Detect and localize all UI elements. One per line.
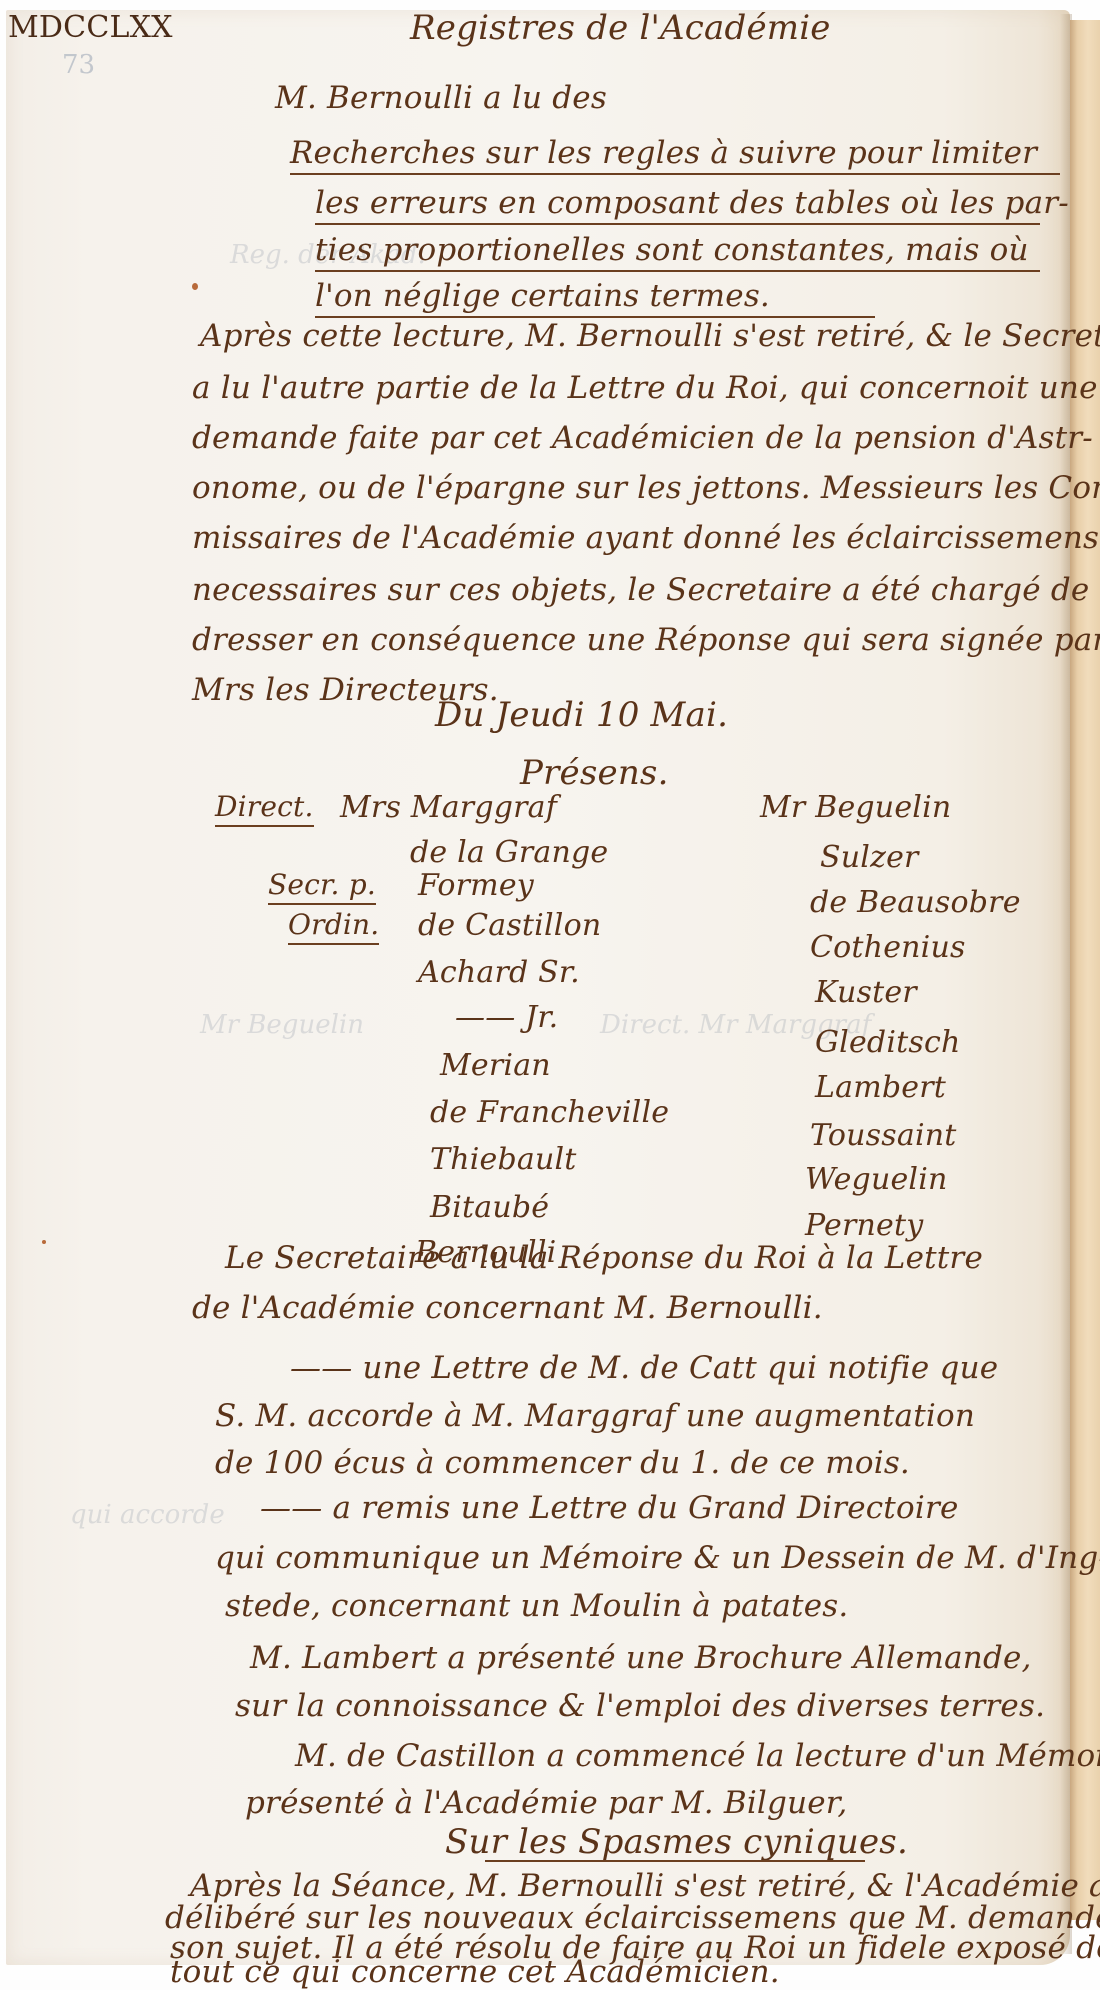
reading-title-line: les erreurs en composant des tables où l…	[315, 185, 1040, 225]
proceedings-line: S. M. accorde à M. Marggraf une augmenta…	[215, 1398, 975, 1434]
header-title: Registres de l'Académie	[410, 8, 831, 48]
role-label-direct: Direct.	[215, 790, 314, 827]
proceedings-line: Le Secretaire a lu la Réponse du Roi à l…	[225, 1240, 983, 1276]
reading-intro: M. Bernoulli a lu des	[275, 80, 607, 116]
ink-speck	[192, 283, 198, 290]
proceedings-line: de 100 écus à commencer du 1. de ce mois…	[215, 1445, 910, 1481]
member-name: de Castillon	[418, 908, 601, 943]
reading-title-line: Recherches sur les regles à suivre pour …	[290, 135, 1060, 175]
reading-title-line: ties proportionelles sont constantes, ma…	[315, 232, 1040, 272]
proceedings-line: —— une Lettre de M. de Catt qui notifie …	[290, 1350, 998, 1386]
member-name: Cothenius	[810, 930, 966, 965]
member-name: de la Grange	[410, 835, 608, 870]
member-name: Sulzer	[820, 840, 919, 875]
member-name: —— Jr.	[455, 1000, 558, 1035]
member-name: Toussaint	[810, 1118, 957, 1153]
reading-title-line: l'on néglige certains termes.	[315, 278, 875, 318]
proceedings-line: stede, concernant un Moulin à patates.	[225, 1588, 848, 1624]
member-name: Achard Sr.	[418, 955, 580, 990]
memoir-title: Sur les Spasmes cyniques.	[445, 1822, 908, 1862]
proceedings-line: qui communique un Mémoire & un Dessein d…	[215, 1540, 1100, 1576]
member-name: Thiebault	[430, 1142, 577, 1177]
session-date: Du Jeudi 10 Mai.	[435, 695, 728, 735]
closing-line: Après la Séance, M. Bernoulli s'est reti…	[190, 1868, 1100, 1904]
header-year: MDCCLXX	[8, 10, 173, 45]
proceedings-line: présenté à l'Académie par M. Bilguer,	[245, 1785, 847, 1821]
proceedings-line: —— a remis une Lettre du Grand Directoir…	[260, 1490, 959, 1526]
paragraph-line: missaires de l'Académie ayant donné les …	[192, 520, 1099, 556]
memoir-title-underline	[485, 1860, 865, 1862]
ink-speck	[42, 1240, 46, 1244]
member-name: Formey	[418, 868, 534, 903]
binding-gutter	[1070, 20, 1100, 1920]
paragraph-line: demande faite par cet Académicien de la …	[192, 420, 1093, 456]
bleedthrough-text: Mr Beguelin	[200, 1010, 364, 1040]
member-name: Bitaubé	[430, 1190, 549, 1225]
present-heading: Présens.	[520, 753, 669, 793]
member-name: Gleditsch	[815, 1025, 961, 1060]
proceedings-line: M. Lambert a présenté une Brochure Allem…	[250, 1640, 1032, 1676]
role-label-secretary: Secr. p.	[268, 868, 376, 905]
member-name: Lambert	[815, 1070, 946, 1105]
folio-number: 73	[62, 50, 95, 80]
paragraph-line: necessaires sur ces objets, le Secretair…	[192, 572, 1089, 608]
paragraph-line: a lu l'autre partie de la Lettre du Roi,…	[192, 370, 1098, 406]
member-name: Mrs Marggraf	[340, 790, 557, 825]
proceedings-line: M. de Castillon a commencé la lecture d'…	[295, 1738, 1100, 1774]
member-name: de Beausobre	[810, 885, 1021, 920]
proceedings-line: sur la connoissance & l'emploi des diver…	[235, 1688, 1045, 1724]
paragraph-line: Après cette lecture, M. Bernoulli s'est …	[200, 318, 1100, 354]
member-name: Merian	[440, 1048, 551, 1083]
member-name: Kuster	[815, 975, 917, 1010]
proceedings-line: de l'Académie concernant M. Bernoulli.	[192, 1290, 823, 1326]
role-label-ordinary: Ordin.	[288, 908, 379, 945]
closing-line: tout ce qui concerne cet Académicien.	[170, 1954, 780, 1980]
member-name: Mr Beguelin	[760, 790, 951, 825]
bleedthrough-text: qui accorde	[70, 1500, 225, 1530]
member-name: Pernety	[805, 1208, 923, 1243]
member-name: de Francheville	[430, 1095, 669, 1130]
paragraph-line: onome, ou de l'épargne sur les jettons. …	[192, 470, 1100, 506]
member-name: Weguelin	[805, 1162, 948, 1197]
paragraph-line: dresser en conséquence une Réponse qui s…	[192, 622, 1100, 658]
